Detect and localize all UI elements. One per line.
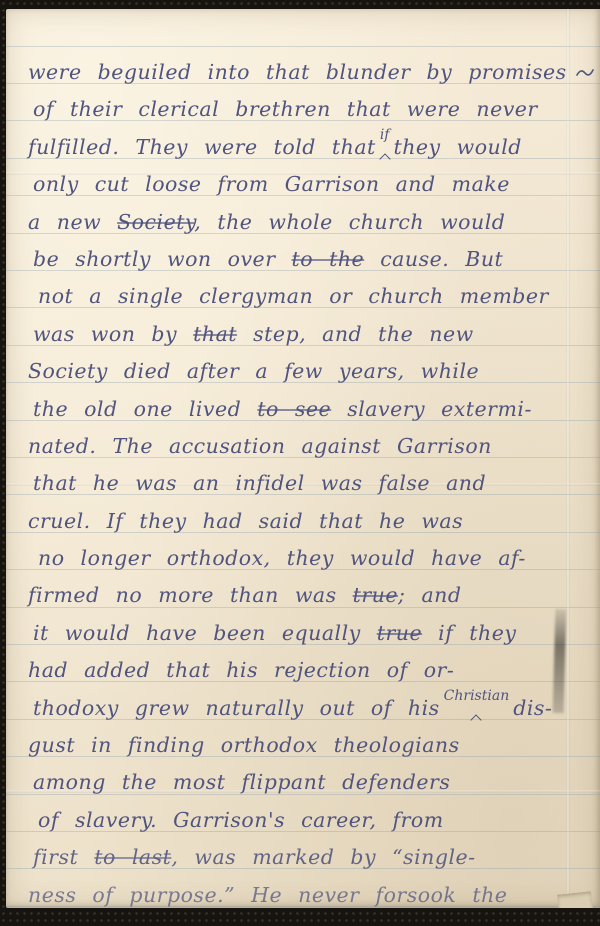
text-segment: fulfilled. They were told that	[28, 135, 376, 159]
text-segment: ness of purpose.” He never forsook the	[28, 883, 507, 907]
inserted-word: if	[380, 130, 390, 140]
text-segment: Society died after a few years, while	[28, 359, 479, 383]
manuscript-page: were beguiled into that blunder by promi…	[6, 9, 600, 908]
dark-backdrop: were beguiled into that blunder by promi…	[0, 0, 600, 926]
text-segment: , the whole church would	[194, 210, 505, 234]
crossed-word: true	[353, 583, 398, 607]
text-segment: was won by	[33, 322, 193, 346]
text-segment: thodoxy grew naturally out of his	[33, 696, 440, 720]
hand-line: the old one lived to see slavery extermi…	[28, 391, 592, 428]
hand-line: nated. The accusation against Garrison	[28, 428, 592, 465]
text-segment: nated. The accusation against Garrison	[28, 434, 492, 458]
text-segment: be shortly won over	[33, 247, 292, 271]
hand-line: thodoxy grew naturally out of hisChristi…	[28, 690, 592, 727]
text-segment: the old one lived	[33, 397, 257, 421]
hand-line: was won by that step, and the new	[28, 316, 592, 353]
crossed-word: Society	[117, 210, 194, 234]
text-segment: no longer orthodox, they would have af-	[38, 546, 526, 570]
text-segment: firmed no more than was	[28, 583, 353, 607]
handwritten-text: were beguiled into that blunder by promi…	[28, 54, 592, 908]
text-segment: first	[33, 845, 94, 869]
hand-line: ness of purpose.” He never forsook the	[28, 877, 592, 908]
text-segment: , was marked by “single-	[171, 845, 475, 869]
text-segment: not a single clergyman or church member	[38, 284, 549, 308]
crossed-word: true	[377, 621, 422, 645]
hand-line: gust in finding orthodox theologians	[28, 727, 592, 764]
text-segment: they would	[393, 135, 521, 159]
text-segment: of slavery. Garrison's career, from	[38, 808, 444, 832]
hand-line: first to last, was marked by “single-	[28, 839, 592, 876]
text-segment: dis-	[513, 696, 552, 720]
text-segment: step, and the new	[237, 322, 474, 346]
hand-line: of their clerical brethren that were nev…	[28, 91, 592, 128]
hand-line: cruel. If they had said that he was	[28, 503, 592, 540]
text-segment: only cut loose from Garrison and make	[33, 172, 510, 196]
hand-line: firmed no more than was true; and	[28, 577, 592, 614]
hand-line: not a single clergyman or church member	[28, 278, 592, 315]
hand-line: it would have been equally true if they	[28, 615, 592, 652]
text-segment: cruel. If they had said that he was	[28, 509, 463, 533]
crossed-word: to see	[257, 397, 331, 421]
hand-line: only cut loose from Garrison and make	[28, 166, 592, 203]
hand-line: fulfilled. They were told thatifthey wou…	[28, 129, 592, 166]
text-segment: slavery extermi-	[331, 397, 532, 421]
hand-line: among the most flippant defenders	[28, 764, 592, 801]
crossed-word: to the	[292, 247, 365, 271]
hand-line: be shortly won over to the cause. But	[28, 241, 592, 278]
text-segment: if they	[422, 621, 516, 645]
text-segment: a new	[28, 210, 117, 234]
crossed-word: to last	[94, 845, 171, 869]
hand-line: a new Society, the whole church would	[28, 204, 592, 241]
text-segment: among the most flippant defenders	[33, 770, 450, 794]
text-segment: of their clerical brethren that were nev…	[33, 97, 538, 121]
hand-line: Society died after a few years, while	[28, 353, 592, 390]
text-segment: had added that his rejection of or-	[28, 658, 454, 682]
text-segment: were beguiled into that blunder by promi…	[28, 60, 567, 84]
hand-line: were beguiled into that blunder by promi…	[28, 54, 592, 91]
text-segment: it would have been equally	[33, 621, 377, 645]
hand-line: of slavery. Garrison's career, from	[28, 802, 592, 839]
crossed-word: that	[193, 322, 237, 346]
text-segment: cause. But	[364, 247, 503, 271]
hand-line: no longer orthodox, they would have af-	[28, 540, 592, 577]
text-segment: ; and	[398, 583, 461, 607]
inserted-word: Christian	[444, 691, 510, 701]
text-segment: that he was an infidel was false and	[33, 471, 486, 495]
ruled-line	[6, 46, 600, 47]
text-segment: gust in finding orthodox theologians	[28, 733, 460, 757]
hand-line: had added that his rejection of or-	[28, 652, 592, 689]
hand-line: that he was an infidel was false and	[28, 465, 592, 502]
